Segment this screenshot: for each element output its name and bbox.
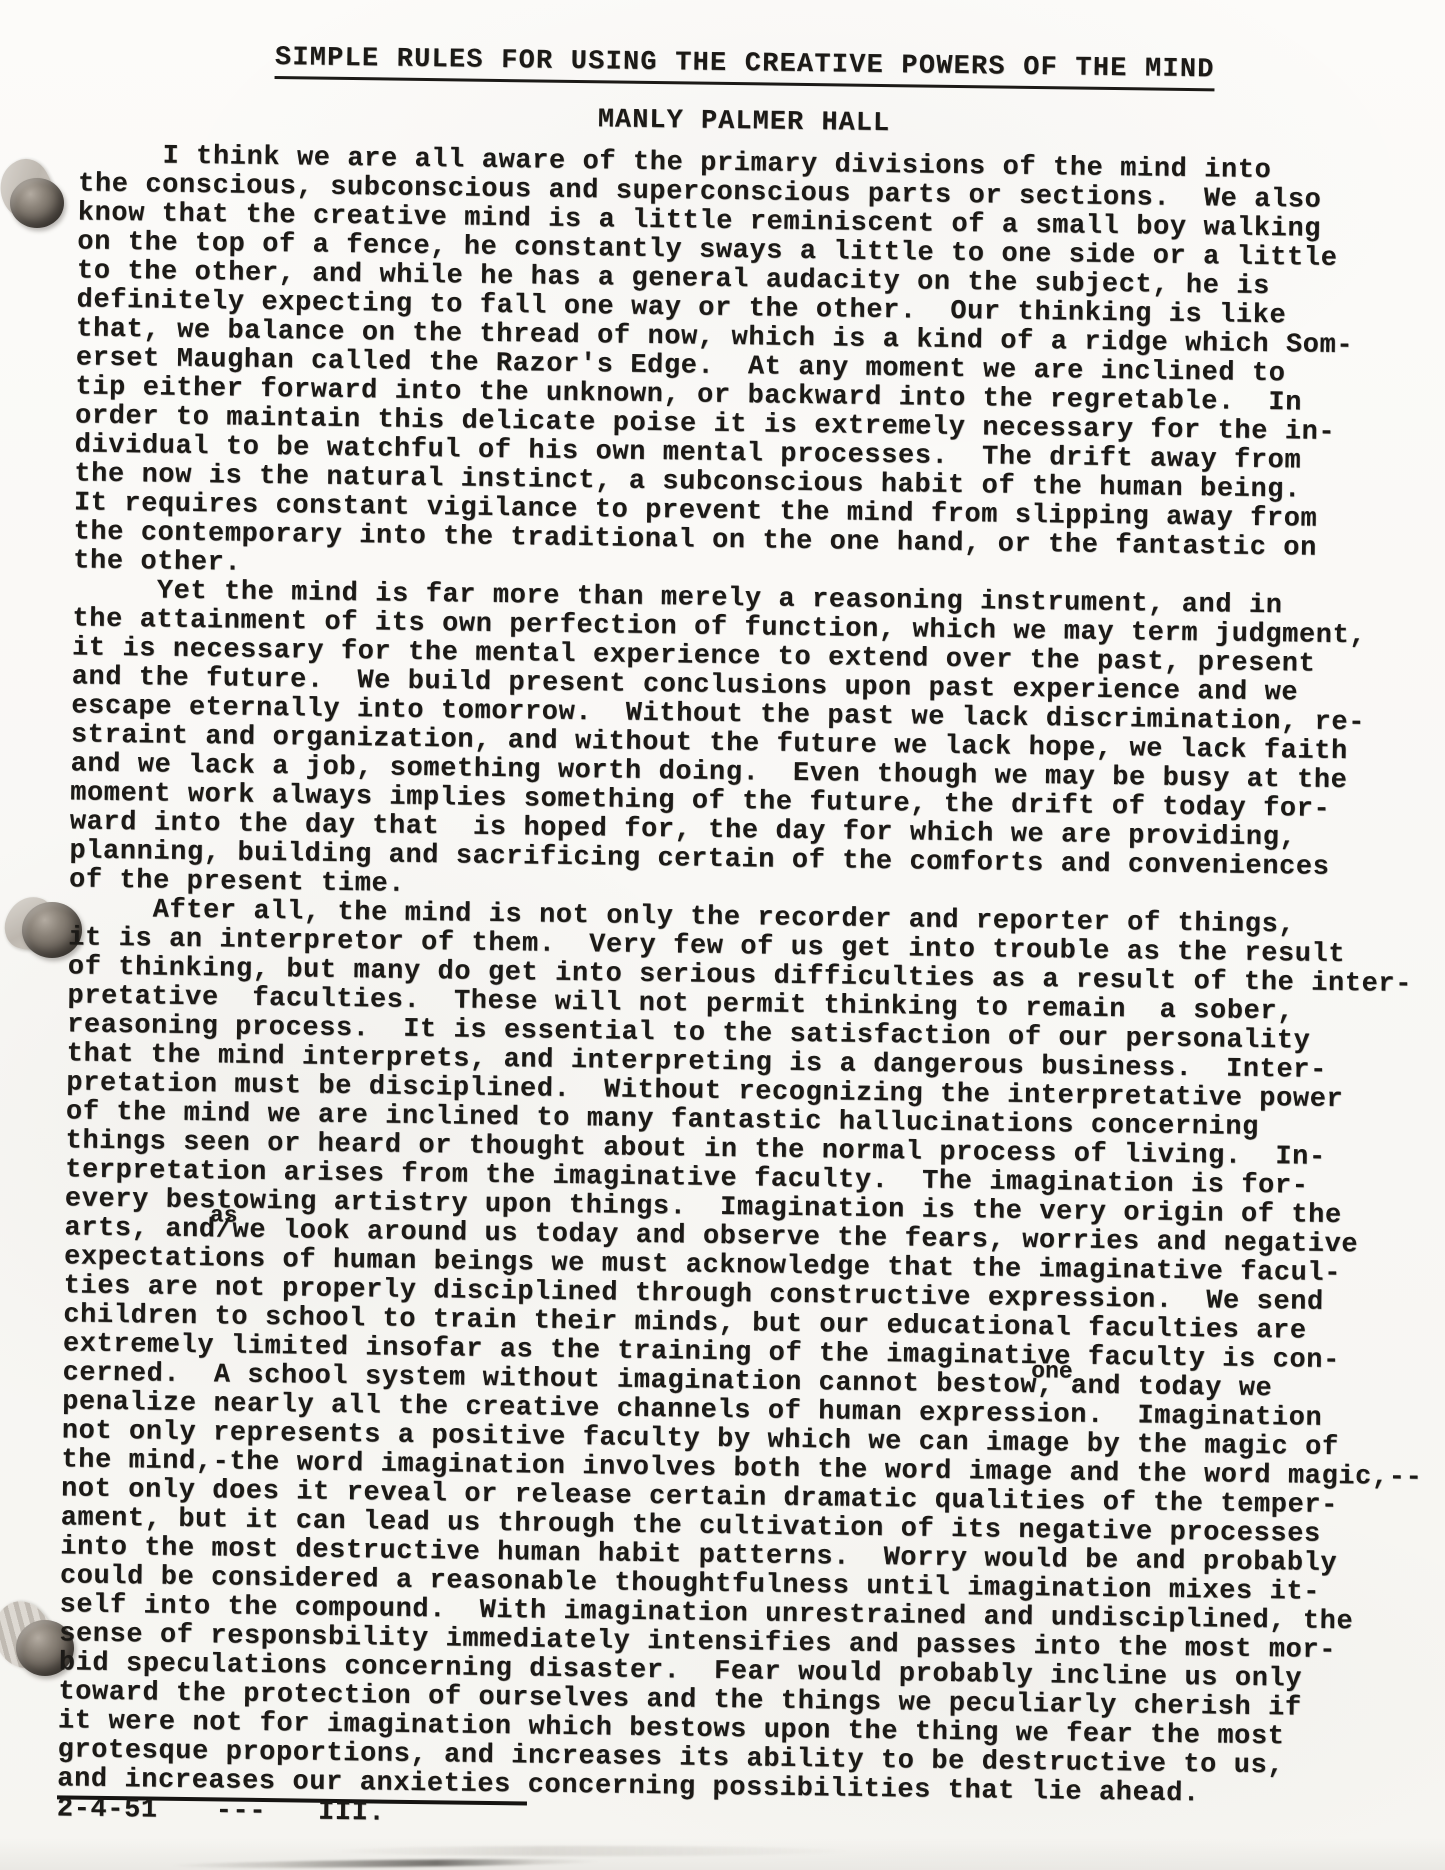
footer-date: 2-4-51: [57, 1794, 158, 1825]
paragraph: Yet the mind is far more than merely a r…: [69, 576, 1403, 912]
paragraph: After all, the mind is not only the reco…: [57, 895, 1399, 1811]
document-content: SIMPLE RULES FOR USING THE CREATIVE POWE…: [57, 41, 1410, 1841]
footer-gap: [158, 1817, 216, 1818]
footer-dashes: ---: [215, 1796, 266, 1827]
scanned-document-page: SIMPLE RULES FOR USING THE CREATIVE POWE…: [0, 0, 1445, 1870]
page-title: SIMPLE RULES FOR USING THE CREATIVE POWE…: [275, 44, 1215, 91]
document-body: I think we are all aware of the primary …: [57, 141, 1409, 1811]
scan-smudge: [330, 1846, 850, 1856]
brad-knob: [10, 178, 64, 228]
paragraph: I think we are all aware of the primary …: [73, 141, 1409, 593]
footer-gap: [266, 1818, 318, 1819]
footer-page-numeral: III.: [318, 1798, 386, 1829]
author-byline: MANLY PALMER HALL: [79, 99, 1409, 145]
title-row: SIMPLE RULES FOR USING THE CREATIVE POWE…: [80, 41, 1410, 93]
